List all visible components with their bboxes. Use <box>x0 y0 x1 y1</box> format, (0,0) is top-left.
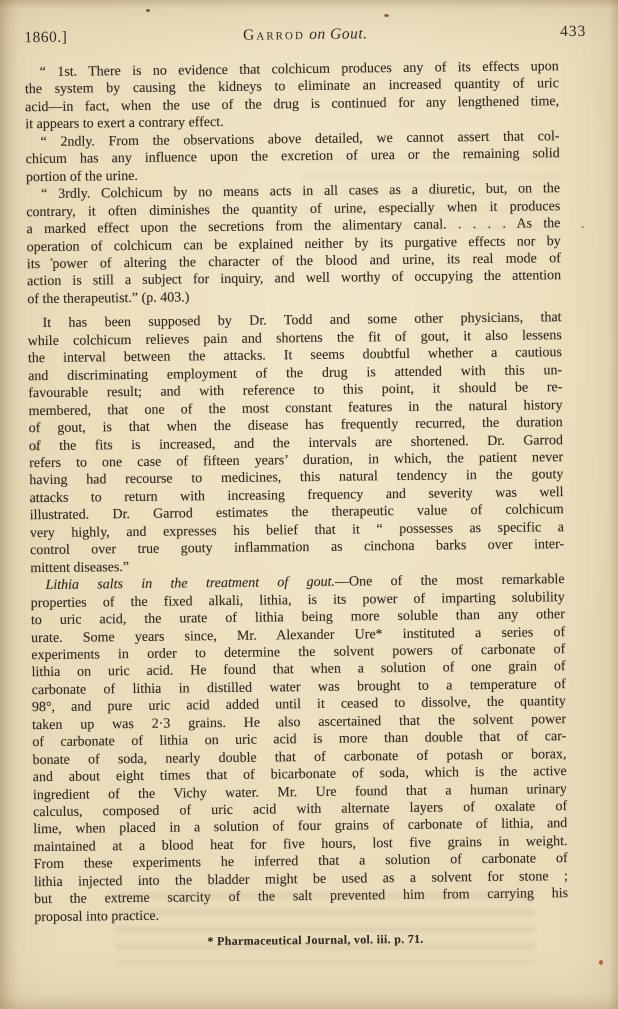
lede-italic: Lithia salts in the treatment of gout. <box>45 575 335 593</box>
document-page: 1860.] Garrod on Gout. 433 “ 1st. There … <box>0 0 618 1009</box>
quote-paragraph-3rdly: “ 3rdly. Colchicum by no means acts in a… <box>26 180 561 308</box>
paragraph-todd-colchicum: It has been supposed by Dr. Todd and som… <box>27 309 564 577</box>
footnote: * Pharmaceutical Journal, vol. iii. p. 7… <box>7 930 618 952</box>
body-text: “ 1st. There is no evidence that colchic… <box>25 58 569 926</box>
running-title-subject: on Gout. <box>305 25 368 43</box>
running-title: Garrod on Gout. <box>243 25 368 44</box>
year-label: 1860.] <box>24 29 67 47</box>
scanned-sheet: 1860.] Garrod on Gout. 433 “ 1st. There … <box>0 0 618 952</box>
lede-rest: —One of the most remarkable <box>335 572 565 590</box>
page-number: 433 <box>560 23 586 41</box>
quote-paragraph-1st: “ 1st. There is no evidence that colchic… <box>25 58 560 134</box>
quote-paragraph-2ndly: “ 2ndly. From the observations above det… <box>25 128 560 186</box>
running-header: 1860.] Garrod on Gout. 433 <box>24 23 586 47</box>
paper-speck <box>599 960 603 965</box>
running-title-author: Garrod <box>243 26 305 44</box>
paragraph-lithia-salts: Lithia salts in the treatment of gout.—O… <box>30 571 568 926</box>
